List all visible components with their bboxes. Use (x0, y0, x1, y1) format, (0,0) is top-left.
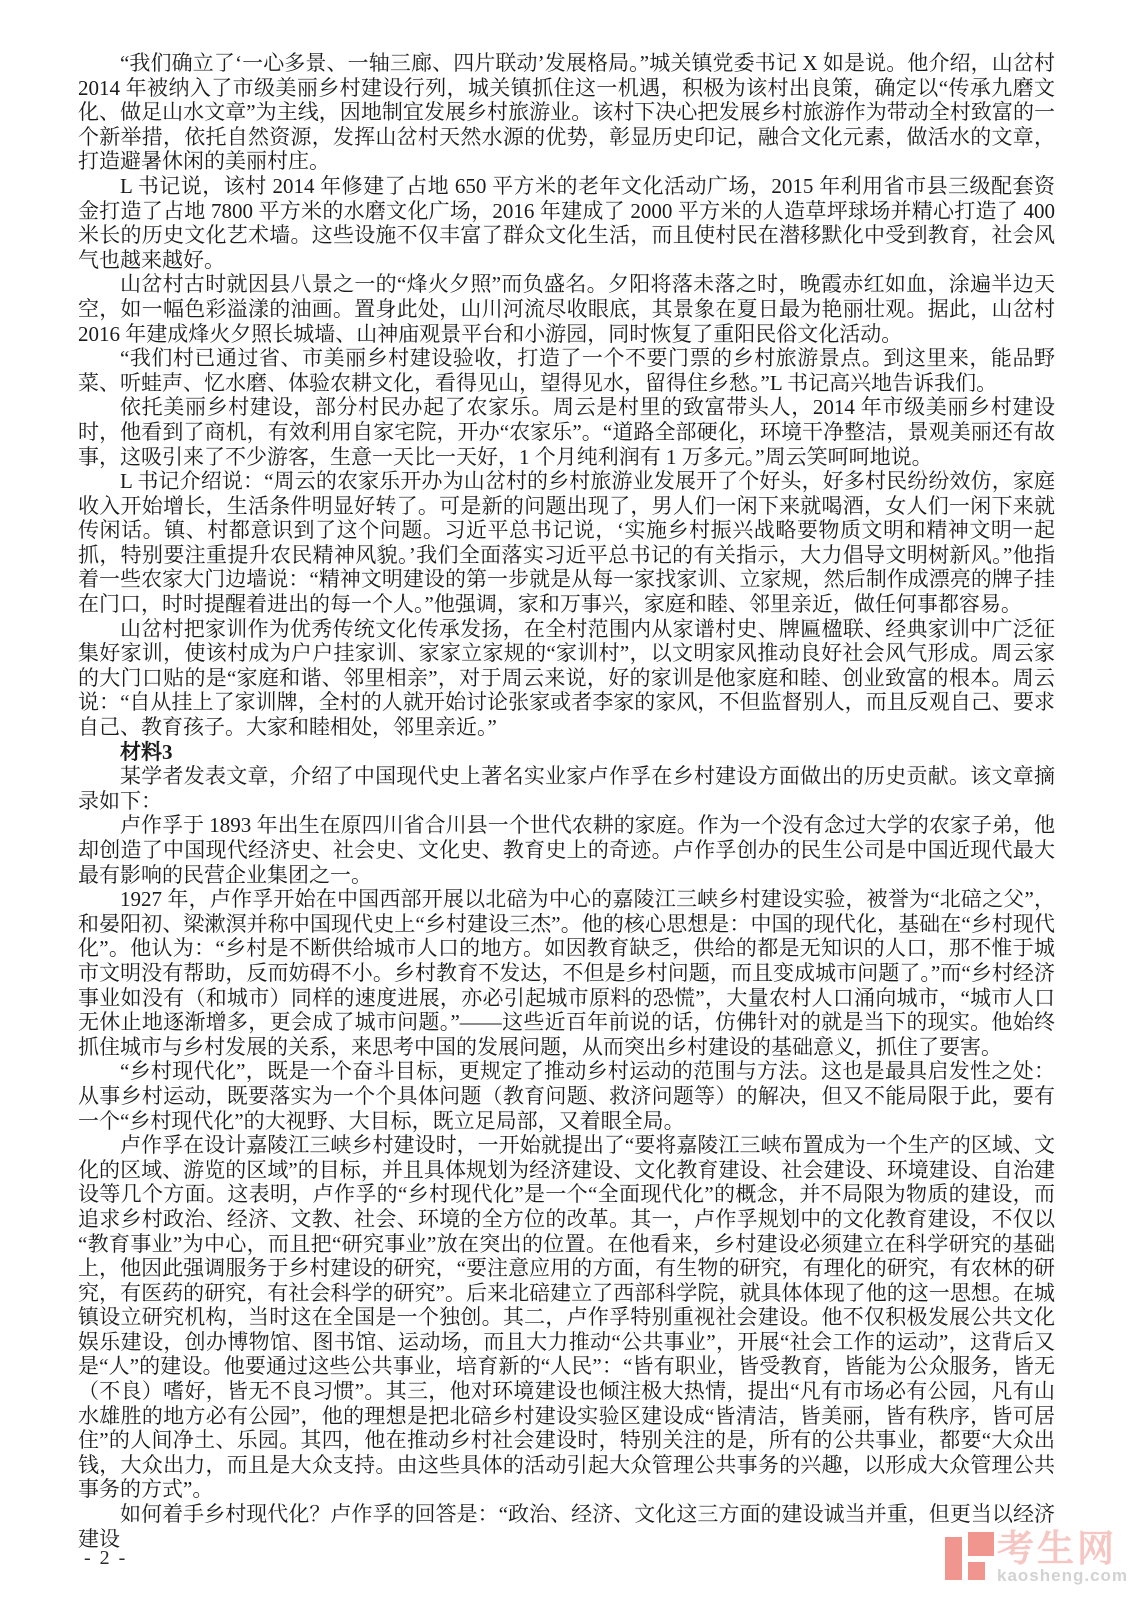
page-number: - 2 - (84, 1547, 127, 1570)
paragraph: “乡村现代化”，既是一个奋斗目标，更规定了推动乡村运动的范围与方法。这也是最具启… (78, 1059, 1055, 1133)
paragraph: “我们村已通过省、市美丽乡村建设验收，打造了一个不要门票的乡村旅游景点。到这里来… (78, 346, 1055, 395)
material-3-heading: 材料3 (78, 740, 1055, 765)
paragraph: 1927 年，卢作孚开始在中国西部开展以北碚为中心的嘉陵江三峡乡村建设实验，被誉… (78, 887, 1055, 1059)
paragraph: 卢作孚在设计嘉陵江三峡乡村建设时，一开始就提出了“要将嘉陵江三峡布置成为一个生产… (78, 1133, 1055, 1502)
document-body: “我们确立了‘一心多景、一轴三廊、四片联动’发展格局。”城关镇党委书记 X 如是… (78, 51, 1055, 1551)
watermark: 考生网 kaosheng.com (941, 1532, 1128, 1583)
watermark-site-url: kaosheng.com (997, 1568, 1128, 1583)
paragraph: L 书记说，该村 2014 年修建了占地 650 平方米的老年文化活动广场，20… (78, 174, 1055, 272)
paragraph: 山岔村古时就因县八景之一的“烽火夕照”而负盛名。夕阳将落未落之时，晚霞赤红如血，… (78, 272, 1055, 346)
document-page: “我们确立了‘一心多景、一轴三廊、四片联动’发展格局。”城关镇党委书记 X 如是… (0, 0, 1131, 1600)
paragraph: 某学者发表文章，介绍了中国现代史上著名实业家卢作孚在乡村建设方面做出的历史贡献。… (78, 764, 1055, 813)
kaosheng-logo-icon (941, 1532, 997, 1580)
paragraph: L 书记介绍说：“周云的农家乐开办为山岔村的乡村旅游业发展开了个好头，好多村民纷… (78, 469, 1055, 617)
paragraph: 卢作孚于 1893 年出生在原四川省合川县一个世代农耕的家庭。作为一个没有念过大… (78, 813, 1055, 887)
paragraph: 如何着手乡村现代化？卢作孚的回答是：“政治、经济、文化这三方面的建设诚当并重，但… (78, 1502, 1055, 1551)
paragraph: “我们确立了‘一心多景、一轴三廊、四片联动’发展格局。”城关镇党委书记 X 如是… (78, 51, 1055, 174)
watermark-text: 考生网 kaosheng.com (997, 1532, 1128, 1583)
watermark-site-name: 考生网 (997, 1532, 1128, 1565)
paragraph: 依托美丽乡村建设，部分村民办起了农家乐。周云是村里的致富带头人，2014 年市级… (78, 395, 1055, 469)
paragraph: 山岔村把家训作为优秀传统文化传承发扬，在全村范围内从家谱村史、牌匾楹联、经典家训… (78, 617, 1055, 740)
